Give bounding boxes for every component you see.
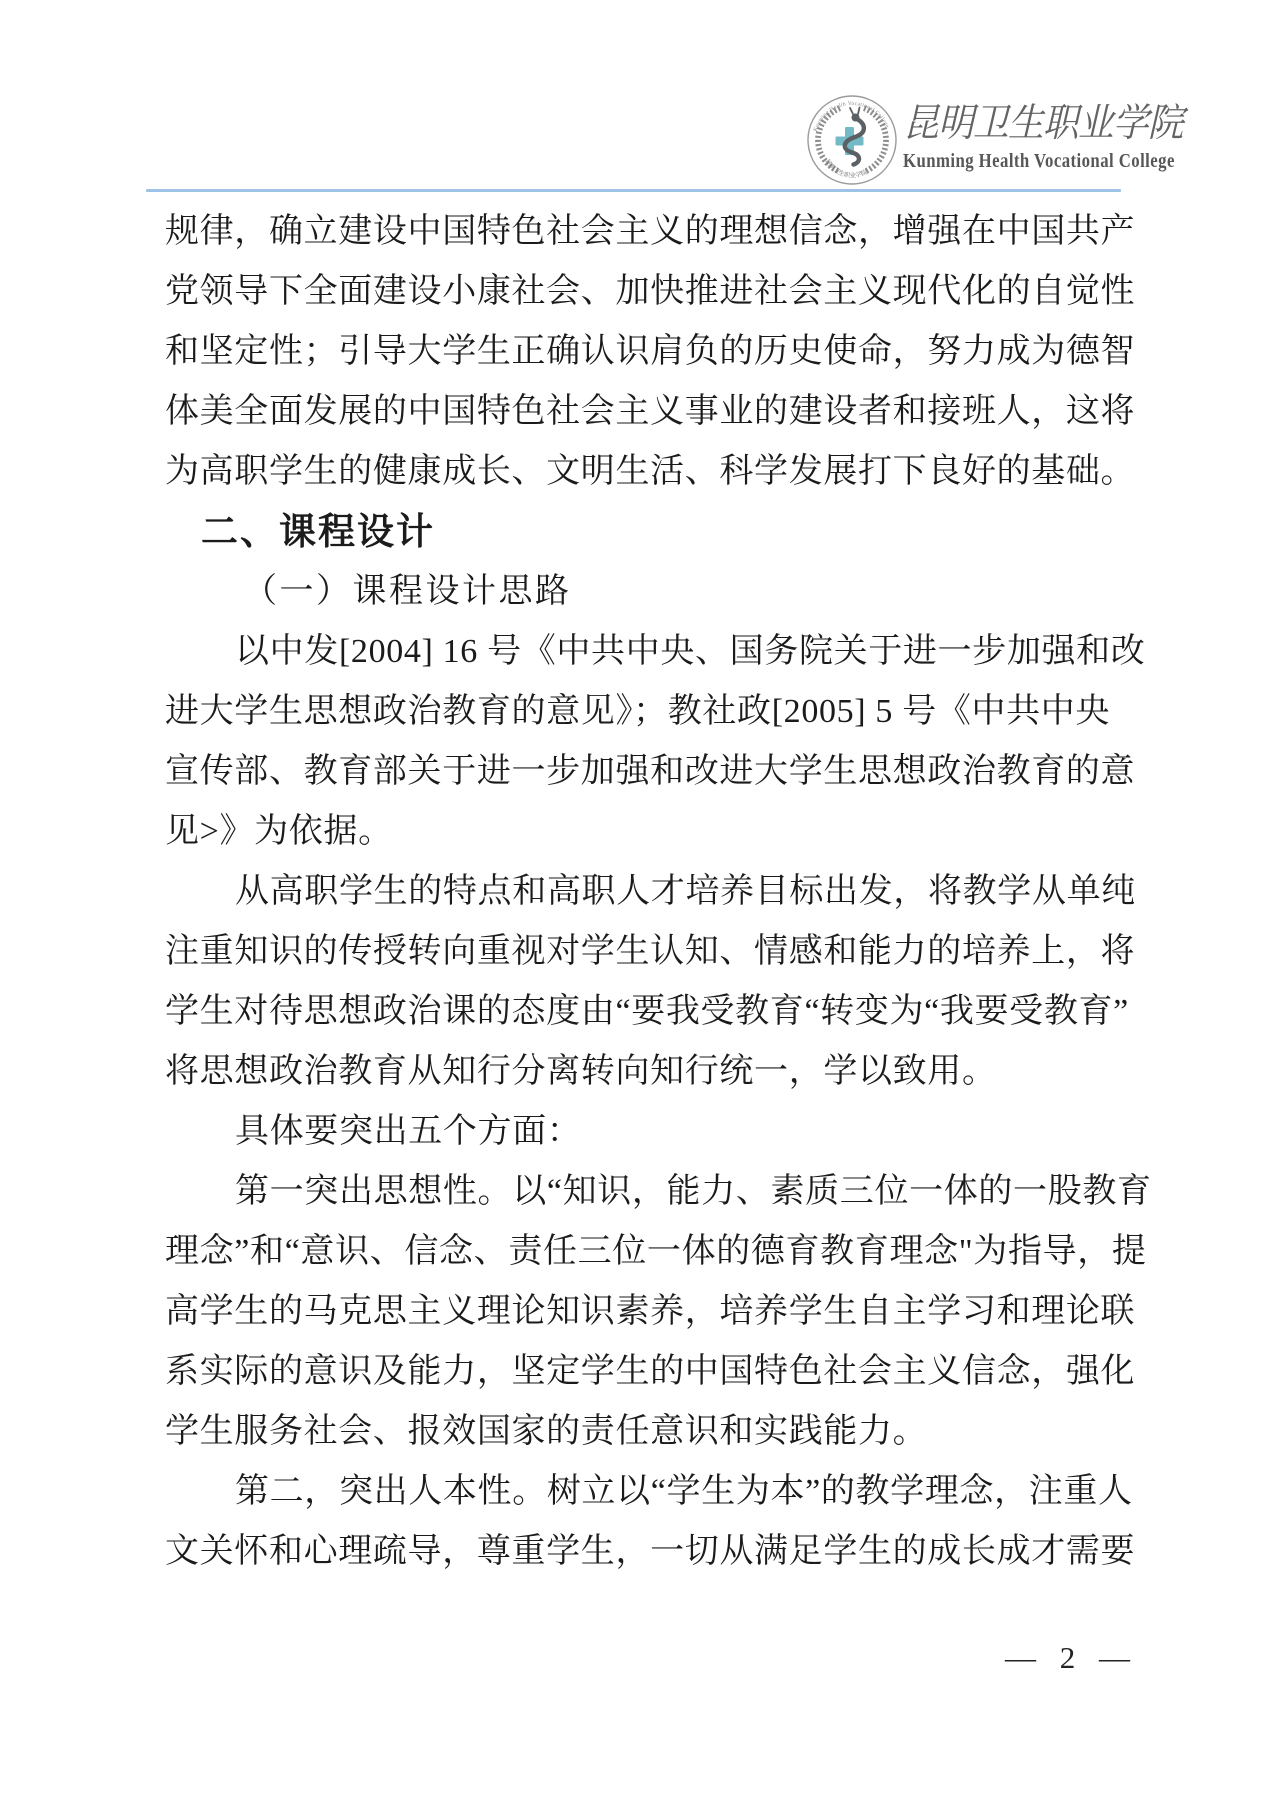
- text-line: 具体要突出五个方面：: [165, 1102, 1141, 1162]
- college-logo-names: 昆明卫生职业学院 Kunming Health Vocational Colle…: [903, 100, 1219, 173]
- text-line: 第一突出思想性。以“知识，能力、素质三位一体的一股教育: [165, 1162, 1141, 1222]
- header-rule: [146, 189, 1121, 192]
- text-line: 为高职学生的健康成长、文明生活、科学发展打下良好的基础。: [165, 442, 1141, 502]
- text-line: 第二，突出人本性。树立以“学生为本”的教学理念，注重人: [165, 1462, 1141, 1522]
- subsection-heading: （一）课程设计思路: [165, 562, 1141, 622]
- document-body: 规律，确立建设中国特色社会主义的理想信念，增强在中国共产党领导下全面建设小康社会…: [165, 202, 1141, 1582]
- text-line: 文关怀和心理疏导，尊重学生，一切从满足学生的成长成才需要: [165, 1522, 1141, 1582]
- text-line: 学生服务社会、报效国家的责任意识和实践能力。: [165, 1402, 1141, 1462]
- text-line: 见>》为依据。: [165, 802, 1141, 862]
- text-line: 党领导下全面建设小康社会、加快推进社会主义现代化的自觉性: [165, 262, 1141, 322]
- page-number: — 2 —: [1005, 1638, 1136, 1678]
- text-line: 注重知识的传授转向重视对学生认知、情感和能力的培养上，将: [165, 922, 1141, 982]
- text-line: 以中发[2004] 16 号《中共中央、国务院关于进一步加强和改: [165, 622, 1141, 682]
- text-line: 高学生的马克思主义理论知识素养，培养学生自主学习和理论联: [165, 1282, 1141, 1342]
- text-line: 将思想政治教育从知行分离转向知行统一，学以致用。: [165, 1042, 1141, 1102]
- text-line: 系实际的意识及能力，坚定学生的中国特色社会主义信念，强化: [165, 1342, 1141, 1402]
- document-page: Kunming Health Vocational College 昆明卫生职业…: [0, 0, 1274, 1801]
- text-line: 体美全面发展的中国特色社会主义事业的建设者和接班人，这将: [165, 382, 1141, 442]
- college-name-calligraphy: 昆明卫生职业学院: [903, 100, 1194, 148]
- text-line: 进大学生思想政治教育的意见》；教社政[2005] 5 号《中共中央: [165, 682, 1141, 742]
- text-line: 和坚定性；引导大学生正确认识肩负的历史使命，努力成为德智: [165, 322, 1141, 382]
- college-name-english: Kunming Health Vocational College: [903, 151, 1175, 173]
- text-line: 规律，确立建设中国特色社会主义的理想信念，增强在中国共产: [165, 202, 1141, 262]
- text-line: 宣传部、教育部关于进一步加强和改进大学生思想政治教育的意: [165, 742, 1141, 802]
- text-line: 学生对待思想政治课的态度由“要我受教育“转变为“我要受教育”: [165, 982, 1141, 1042]
- college-emblem-icon: Kunming Health Vocational College 昆明卫生职业…: [806, 94, 898, 186]
- text-line: 理念”和“意识、信念、责任三位一体的德育教育理念"为指导，提: [165, 1222, 1141, 1282]
- section-heading: 二、课程设计: [165, 502, 1141, 562]
- text-line: 从高职学生的特点和高职人才培养目标出发，将教学从单纯: [165, 862, 1141, 922]
